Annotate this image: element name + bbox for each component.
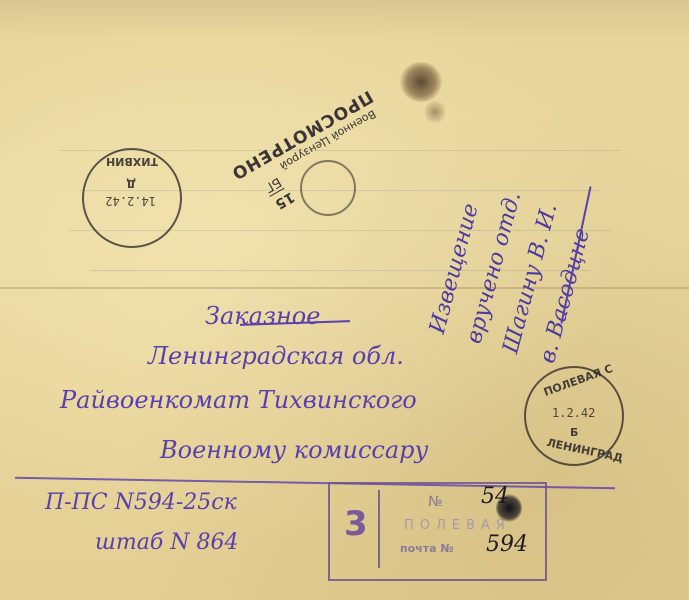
censor-title: ПРОСМОТРЕНО bbox=[227, 86, 376, 183]
ink-blot bbox=[496, 494, 522, 522]
ink-stain bbox=[400, 62, 442, 102]
paper-edge bbox=[0, 0, 689, 40]
field-post-divider bbox=[378, 490, 380, 568]
partial-round-stamp bbox=[300, 160, 356, 216]
postmark-left-city: ТИХВИН bbox=[106, 155, 158, 168]
field-post-no-label: № bbox=[428, 494, 443, 510]
postmark-right: ПОЛЕВАЯ С 1.2.42 Б ЛЕНИНГРАД bbox=[524, 366, 624, 466]
postmark-left-date: 14.2.42 bbox=[105, 194, 156, 208]
postmark-left: ТИХВИН 14.2.42 Д bbox=[82, 148, 182, 248]
field-post-section: 3 bbox=[344, 504, 368, 544]
field-post-pochta-label: почта № bbox=[400, 542, 454, 555]
address-region: Ленинградская обл. bbox=[148, 342, 404, 370]
field-post-stamp: 3 № 54 ПОЛЕВАЯ почта № 594 bbox=[328, 482, 547, 581]
address-registered: Заказное bbox=[205, 302, 320, 330]
address-recipient: Военному комиссару bbox=[160, 436, 428, 464]
ink-stain bbox=[425, 98, 445, 126]
postmark-right-bottom: ЛЕНИНГРАД bbox=[545, 436, 624, 465]
address-office: Райвоенкомат Тихвинского bbox=[60, 386, 417, 414]
postmark-right-code: Б bbox=[570, 426, 578, 439]
field-post-number: 594 bbox=[486, 532, 528, 557]
document-page: 15 БГ Военной Цензурой ПРОСМОТРЕНО ТИХВИ… bbox=[0, 0, 689, 600]
field-post-label: ПОЛЕВАЯ bbox=[404, 518, 511, 533]
postmark-left-code: Д bbox=[126, 177, 136, 190]
postmark-right-city: ПОЛЕВАЯ С bbox=[542, 362, 615, 399]
return-address-hq: штаб N 864 bbox=[95, 530, 238, 555]
return-address-unit: П-ПС N594-25ск bbox=[45, 490, 237, 515]
postmark-right-date: 1.2.42 bbox=[552, 406, 595, 420]
